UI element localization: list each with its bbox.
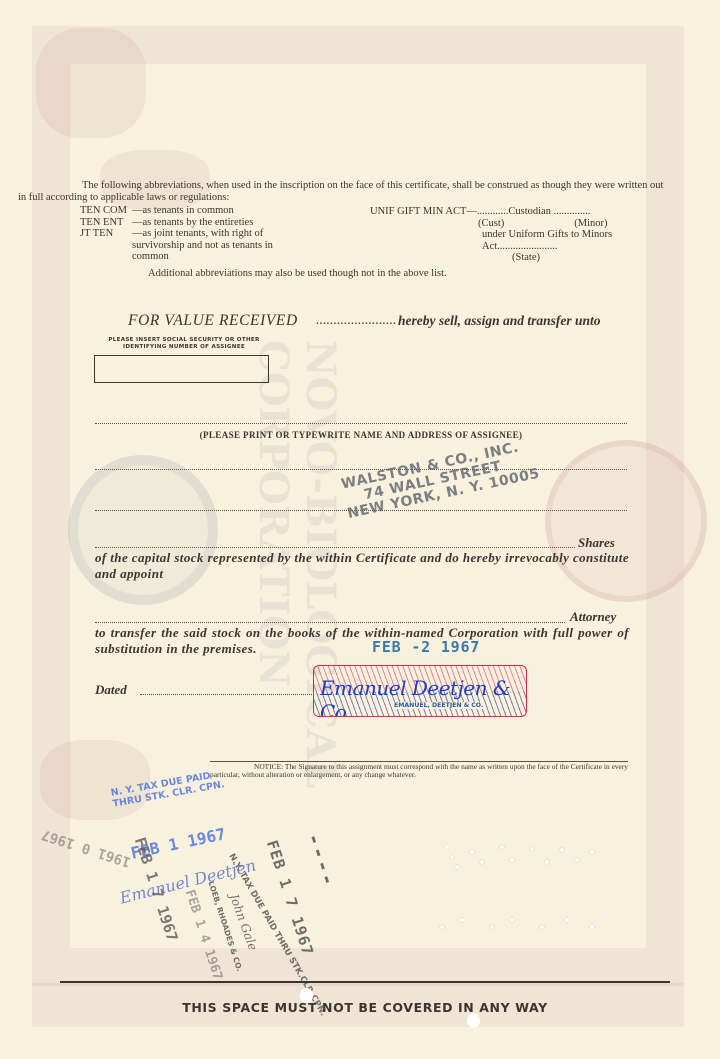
ssn-input-box[interactable] [94, 355, 269, 383]
additional-abbreviations-note: Additional abbreviations may also be use… [148, 268, 447, 279]
attorney-label: Attorney [570, 609, 616, 625]
assignee-address-line[interactable] [95, 469, 627, 470]
abbreviation-key: JT TEN [80, 228, 132, 263]
assignee-print-label: (PLEASE PRINT OR TYPEWRITE NAME AND ADDR… [95, 430, 627, 440]
hereby-transfer-text: hereby sell, assign and transfer unto [398, 313, 601, 329]
unif-gift-under: under Uniform Gifts to Minors [482, 229, 650, 241]
abbreviation-key: TEN COM [80, 205, 132, 217]
do-not-cover-notice: THIS SPACE MUST NOT BE COVERED IN ANY WA… [60, 1000, 670, 1015]
date-stamp: FEB -2 1967 [372, 638, 480, 656]
guarantor-signature: Emanuel Deetjen & Co. [320, 676, 526, 717]
guarantor-firm: EMANUEL, DEETJEN & CO. [392, 702, 485, 709]
abbreviation-item: JT TEN —as joint tenants, with right of … [80, 228, 290, 263]
abbreviation-value: —as joint tenants, with right of survivo… [132, 228, 290, 263]
transfer-text: to transfer the said stock on the books … [95, 625, 629, 657]
abbreviations-intro: The following abbreviations, when used i… [18, 180, 668, 204]
ssn-label: PLEASE INSERT SOCIAL SECURITY OR OTHER I… [94, 337, 274, 351]
value-dots: ....................... [316, 313, 397, 329]
footer-rule [60, 981, 670, 983]
for-value-received: FOR VALUE RECEIVED [128, 312, 298, 330]
state-label: (State) [512, 252, 650, 264]
dated-label: Dated [95, 682, 127, 698]
corner-ornament [40, 740, 150, 820]
attorney-line[interactable] [95, 622, 565, 623]
signature-notice: NOTICE: The Signature to this assignment… [210, 763, 628, 779]
cust-label: (Cust) [478, 218, 504, 230]
abbreviation-item: TEN COM —as tenants in common [80, 205, 290, 217]
corner-ornament [36, 28, 146, 138]
unif-gift-line: UNIF GIFT MIN ACT—............Custodian … [370, 206, 650, 218]
shares-line[interactable] [95, 547, 575, 548]
punch-hole [300, 988, 313, 1003]
abbreviation-value: —as tenants by the entireties [132, 217, 253, 229]
unif-gift-labels: (Cust) (Minor) [370, 218, 650, 230]
assignee-name-line[interactable] [95, 423, 627, 424]
punch-hole [467, 1013, 480, 1028]
minor-label: (Minor) [574, 218, 607, 230]
capital-stock-text: of the capital stock represented by the … [95, 550, 629, 582]
shares-label: Shares [578, 535, 615, 551]
abbreviations-list: TEN COM —as tenants in common TEN ENT —a… [80, 205, 290, 263]
signature-guarantee-stamp: Emanuel Deetjen & Co. EMANUEL, DEETJEN &… [313, 665, 527, 717]
dated-line[interactable] [140, 694, 320, 695]
unif-gift-act: Act....................... [482, 241, 650, 253]
abbreviation-key: TEN ENT [80, 217, 132, 229]
unif-gift-block: UNIF GIFT MIN ACT—............Custodian … [370, 206, 650, 264]
abbreviation-item: TEN ENT —as tenants by the entireties [80, 217, 290, 229]
ghost-seal [68, 455, 218, 605]
abbreviation-value: —as tenants in common [132, 205, 234, 217]
